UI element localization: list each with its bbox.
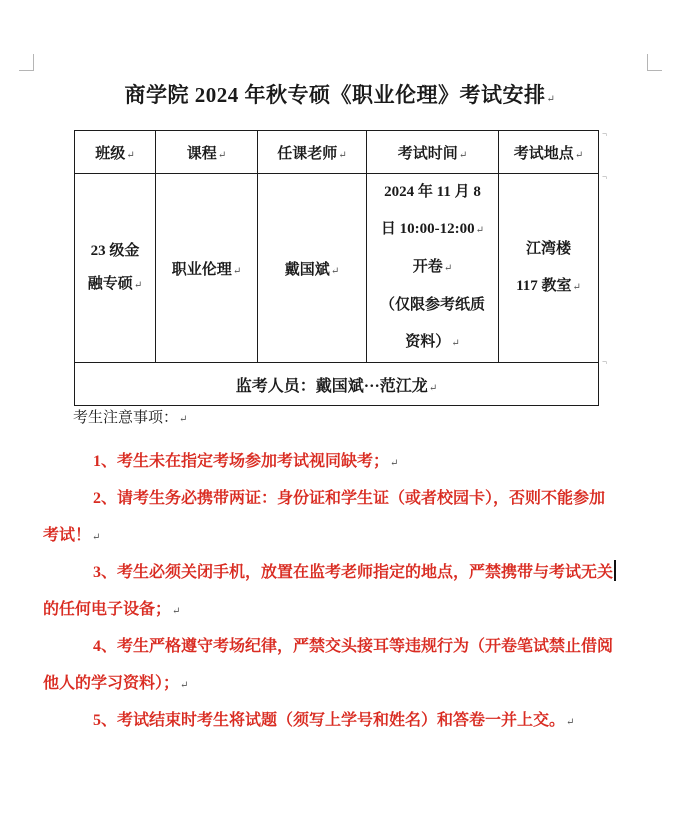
notes-heading: 考生注意事项：↵ — [43, 400, 639, 437]
cell-class: 23 级金 融专硕↵ — [75, 174, 156, 363]
line-break-mark-icon: ↵ — [476, 225, 484, 236]
note-item-3: 3、考生必须关闭手机，放置在监考老师指定的地点，严禁携带与考试无关 的任何电子设… — [43, 554, 639, 628]
page-title: 商学院 2024 年秋专硕《职业伦理》考试安排↵ — [0, 79, 680, 109]
note-item-2: 2、请考生务必携带两证：身份证和学生证（或者校园卡），否则不能参加 考试！↵ — [43, 480, 639, 554]
paragraph-mark-icon: ↵ — [134, 280, 142, 291]
text-cursor — [614, 560, 616, 581]
note-item-4: 4、考生严格遵守考场纪律，严禁交头接耳等违规行为（开卷笔试禁止借阅 他人的学习资… — [43, 628, 639, 702]
paragraph-mark-icon: ↵ — [92, 532, 100, 543]
paragraph-mark-icon: ↵ — [451, 338, 459, 349]
notes-section: 考生注意事项：↵ 1、考生未在指定考场参加考试视同缺考；↵ 2、请考生务必携带两… — [43, 400, 639, 739]
paragraph-mark-icon: ↵ — [179, 414, 187, 425]
row-end-mark-icon: ¬ — [602, 358, 607, 367]
cell-course: 职业伦理↵ — [156, 174, 258, 363]
paragraph-mark-icon: ↵ — [566, 717, 574, 728]
paragraph-mark-icon: ↵ — [390, 458, 398, 469]
cell-time: 2024 年 11 月 8 日 10:00-12:00↵ 开卷↵ （仅限参考纸质… — [367, 174, 499, 363]
header-cell-course: 课程↵ — [156, 131, 258, 174]
page-title-text: 商学院 2024 年秋专硕《职业伦理》考试安排 — [125, 83, 546, 107]
row-end-mark-icon: ¬ — [602, 130, 607, 139]
paragraph-mark-icon: ↵ — [547, 94, 556, 105]
paragraph-mark-icon: ↵ — [459, 150, 467, 161]
cell-location: 江湾楼 117 教室↵ — [499, 174, 599, 363]
paragraph-mark-icon: ↵ — [338, 150, 346, 161]
paragraph-mark-icon: ↵ — [233, 266, 241, 277]
paragraph-mark-icon: ↵ — [331, 266, 339, 277]
table-row: 23 级金 融专硕↵ 职业伦理↵ 戴国斌↵ 2024 年 11 月 8 日 10… — [75, 174, 599, 363]
paragraph-mark-icon: ↵ — [172, 606, 180, 617]
paragraph-mark-icon: ↵ — [573, 282, 581, 293]
note-item-1: 1、考生未在指定考场参加考试视同缺考；↵ — [43, 443, 639, 480]
paragraph-mark-icon: ↵ — [218, 150, 226, 161]
header-cell-class: 班级↵ — [75, 131, 156, 174]
header-cell-time: 考试时间↵ — [367, 131, 499, 174]
line-break-mark-icon: ↵ — [444, 263, 452, 274]
header-cell-teacher: 任课老师↵ — [258, 131, 367, 174]
cell-teacher: 戴国斌↵ — [258, 174, 367, 363]
row-end-mark-icon: ¬ — [602, 173, 607, 182]
margin-crop-mark-top-left — [19, 54, 34, 71]
paragraph-mark-icon: ↵ — [126, 150, 134, 161]
paragraph-mark-icon: ↵ — [180, 680, 188, 691]
header-cell-location: 考试地点↵ — [499, 131, 599, 174]
document-page[interactable]: 商学院 2024 年秋专硕《职业伦理》考试安排↵ 班级↵ 课程↵ 任课老师↵ 考… — [0, 0, 680, 828]
note-item-5: 5、考试结束时考生将试题（须写上学号和姓名）和答卷一并上交。↵ — [43, 702, 639, 739]
paragraph-mark-icon: ↵ — [575, 150, 583, 161]
table-header-row: 班级↵ 课程↵ 任课老师↵ 考试时间↵ 考试地点↵ — [75, 131, 599, 174]
margin-crop-mark-top-right — [647, 54, 662, 71]
paragraph-mark-icon: ↵ — [429, 383, 437, 394]
exam-schedule-table: 班级↵ 课程↵ 任课老师↵ 考试时间↵ 考试地点↵ 23 级金 融专硕↵ 职业伦… — [74, 130, 599, 406]
